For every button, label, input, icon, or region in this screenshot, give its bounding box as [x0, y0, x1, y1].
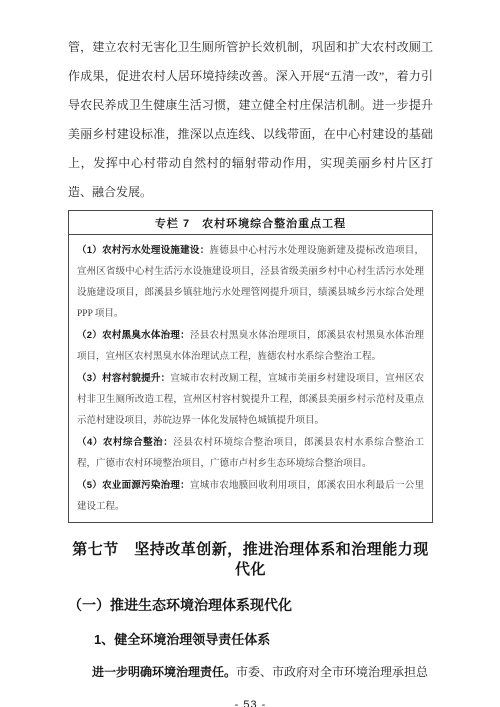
paragraph-2-bold-lead: 进一步明确环境治理责任。 [92, 665, 236, 679]
section-heading: 第七节 坚持改革创新，推进治理体系和治理能力现代化 [68, 540, 433, 580]
subsection-heading: （一）推进生态环境治理体系现代化 [68, 596, 433, 615]
box-item-1-lead: （1）农村污水处理设施建设： [77, 245, 209, 256]
numbered-heading: 1、健全环境治理领导责任体系 [94, 631, 433, 649]
box-item-4-lead: （4）农村综合整治： [77, 437, 173, 448]
box-item-5: （5）农业面源污染治理：宣城市农地膜回收利用项目，郎溪农田水利最后一公里建设工程… [77, 475, 424, 518]
box-item-1: （1）农村污水处理设施建设：旌德县中心村污水处理设施新建及提标改造项目，宣州区省… [77, 240, 424, 325]
page-number: - 53 - [68, 699, 433, 707]
paragraph-2-text: 市委、市政府对全市环境治理承担总 [236, 665, 428, 679]
feature-box-body: （1）农村污水处理设施建设：旌德县中心村污水处理设施新建及提标改造项目，宣州区省… [69, 235, 432, 522]
box-item-3-lead: （3）村容村貌提升： [77, 373, 170, 384]
page-content: 管，建立农村无害化卫生厕所管护长效机制，巩固和扩大农村改厕工作成果，促进农村人居… [0, 0, 500, 707]
paragraph-2: 进一步明确环境治理责任。市委、市政府对全市环境治理承担总 [68, 658, 433, 687]
box-item-4: （4）农村综合整治：泾县农村环境综合整治项目，郎溪县农村水系综合整治工程，广德市… [77, 432, 424, 475]
box-item-1-text: 旌德县中心村污水处理设施新建及提标改造项目，宣州区省级中心村生活污水设施建设项目… [77, 246, 424, 319]
document-page: 管，建立农村无害化卫生厕所管护长效机制，巩固和扩大农村改厕工作成果，促进农村人居… [0, 0, 500, 707]
feature-box-title: 专栏 7 农村环境综合整治重点工程 [69, 211, 432, 235]
paragraph-continuation: 管，建立农村无害化卫生厕所管护长效机制，巩固和扩大农村改厕工作成果，促进农村人居… [68, 33, 433, 207]
box-item-3: （3）村容村貌提升：宣城市农村改厕工程，宣城市美丽乡村建设项目，宣州区农村非卫生… [77, 368, 424, 432]
feature-box-column7: 专栏 7 农村环境综合整治重点工程 （1）农村污水处理设施建设：旌德县中心村污水… [68, 210, 433, 523]
box-item-5-lead: （5）农业面源污染治理： [77, 480, 190, 491]
box-item-2: （2）农村黑臭水体治理：泾县农村黑臭水体治理项目，郎溪县农村黑臭水体治理项目，宣… [77, 325, 424, 368]
box-item-2-lead: （2）农村黑臭水体治理： [77, 330, 190, 341]
